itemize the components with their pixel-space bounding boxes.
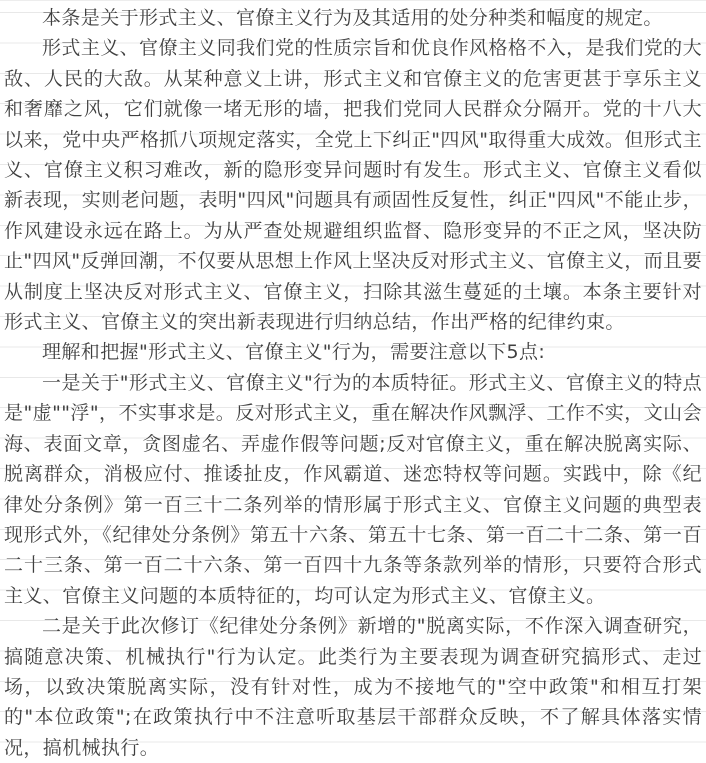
paragraph-point-one: 一是关于"形式主义、官僚主义"行为的本质特征。形式主义、官僚主义的特点是"虚""… — [4, 368, 702, 611]
paragraph-five-points-lead: 理解和把握"形式主义、官僚主义"行为，需要注意以下5点: — [4, 337, 702, 367]
paragraph-background: 形式主义、官僚主义同我们党的性质宗旨和优良作风格格不入，是我们党的大敌、人民的大… — [4, 33, 702, 337]
paragraph-intro: 本条是关于形式主义、官僚主义行为及其适用的处分种类和幅度的规定。 — [4, 3, 702, 33]
paragraph-point-two: 二是关于此次修订《纪律处分条例》新增的"脱离实际，不作深入调查研究，搞随意决策、… — [4, 611, 702, 763]
article-page: 本条是关于形式主义、官僚主义行为及其适用的处分种类和幅度的规定。 形式主义、官僚… — [0, 0, 706, 763]
